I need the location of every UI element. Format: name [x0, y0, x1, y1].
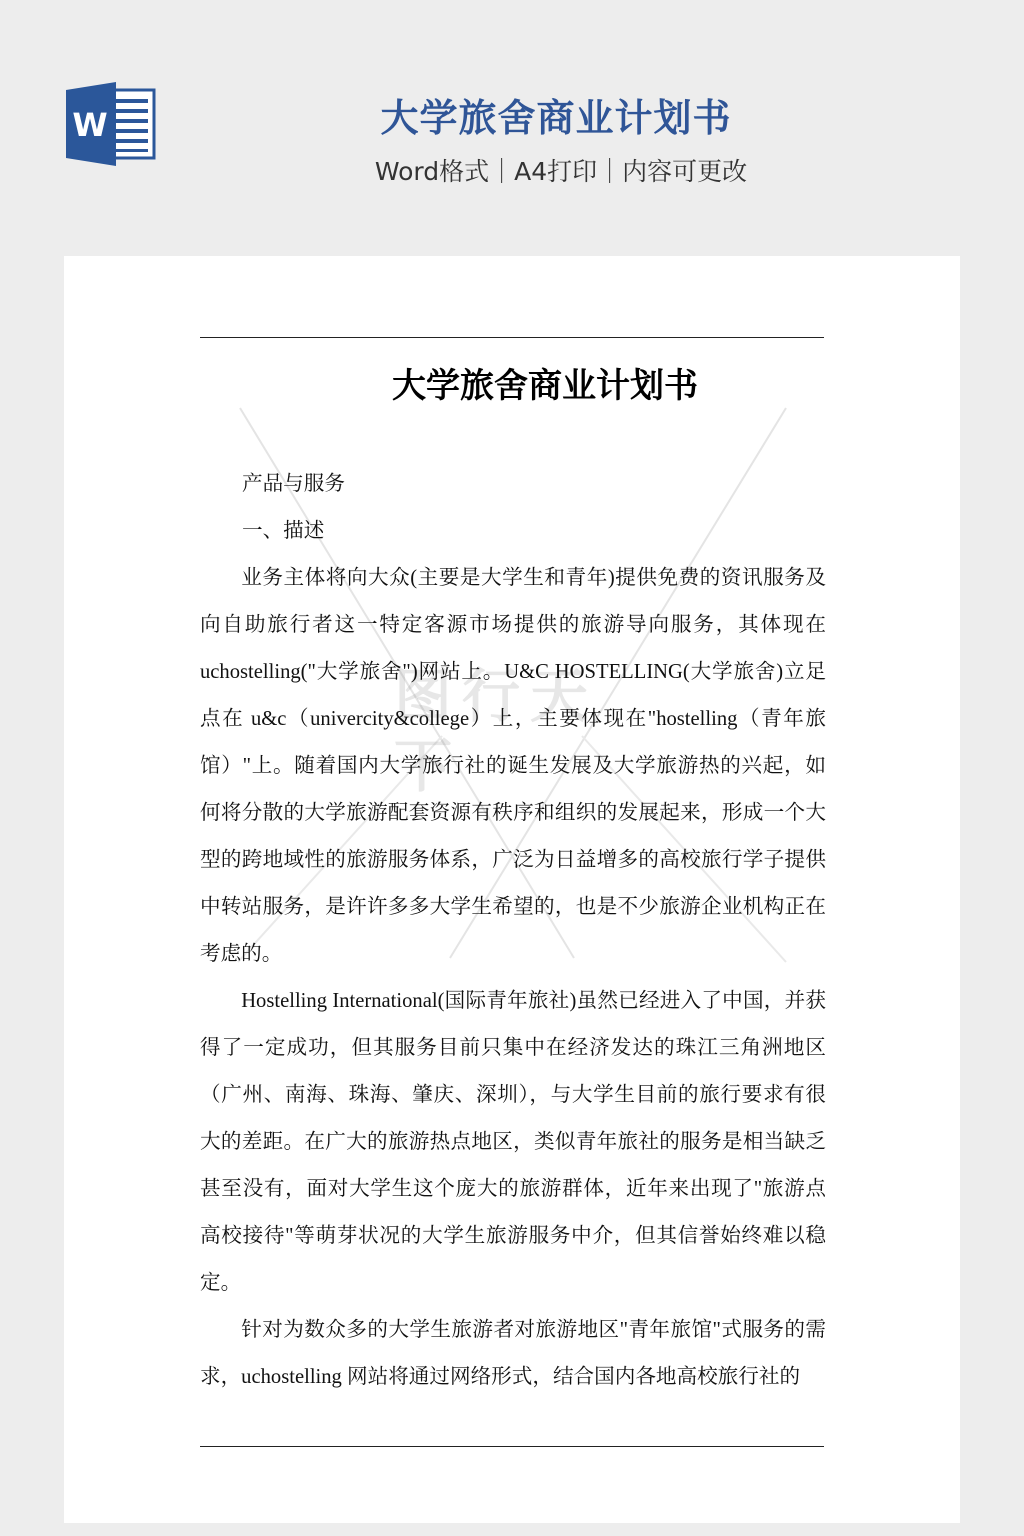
- body-paragraph: Hostelling International(国际青年旅社)虽然已经进入了中…: [200, 978, 826, 1307]
- body-paragraph: 业务主体将向大众(主要是大学生和青年)提供免费的资讯服务及向自助旅行者这一特定客…: [200, 555, 826, 978]
- banner-title: 大学旅舍商业计划书: [0, 92, 1024, 144]
- top-rule: [200, 337, 824, 338]
- bottom-rule: [200, 1446, 824, 1447]
- document-title: 大学旅舍商业计划书: [200, 361, 890, 411]
- subsection-heading: 一、描述: [200, 508, 826, 555]
- body-paragraph: 针对为数众多的大学生旅游者对旅游地区"青年旅馆"式服务的需求，uchostell…: [200, 1307, 826, 1401]
- document-page: 图行天下 大学旅舍商业计划书 产品与服务 一、描述 业务主体将向大众(主要是大学…: [64, 256, 960, 1523]
- document-body: 产品与服务 一、描述 业务主体将向大众(主要是大学生和青年)提供免费的资讯服务及…: [200, 461, 826, 1401]
- banner-subtitle: Word格式｜A4打印｜内容可更改: [0, 152, 1024, 192]
- header-banner: W 大学旅舍商业计划书 Word格式｜A4打印｜内容可更改: [0, 0, 1024, 256]
- section-heading: 产品与服务: [200, 461, 826, 508]
